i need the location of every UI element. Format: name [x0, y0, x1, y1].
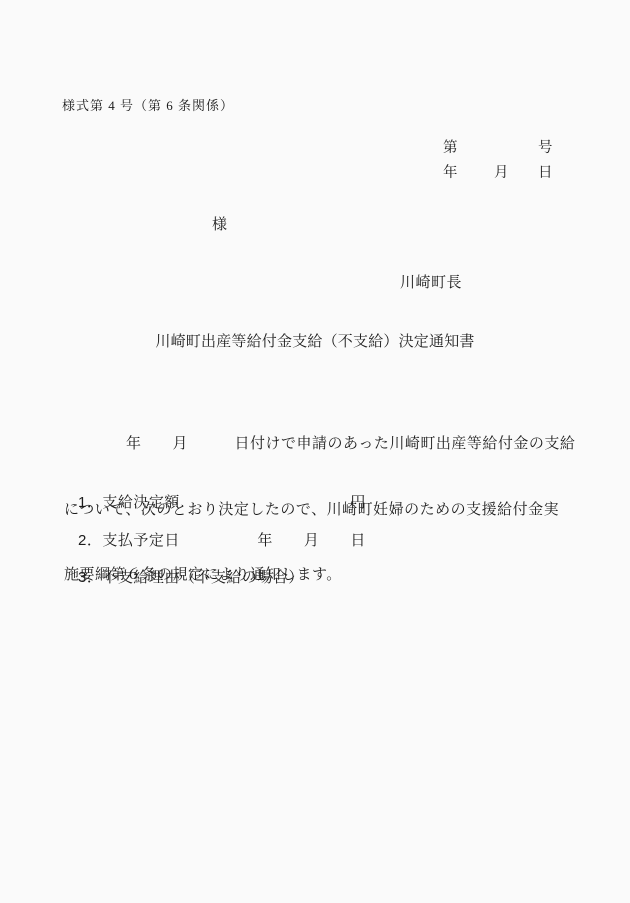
item-payment-scheduled-date: 2．支払予定日 年 月 日	[78, 529, 366, 550]
item-payment-decided-amount: 1．支給決定額 円	[78, 491, 366, 512]
document-number-suffix: 号	[538, 136, 553, 157]
document-page: 様式第 4 号（第 6 条関係） 第 号 年 月 日 様 川崎町長 川崎町出産等…	[0, 0, 630, 903]
item-non-payment-reason: 3．不支給理由（不支給の場合）	[78, 566, 304, 587]
date-month-label: 月	[494, 161, 509, 182]
form-number-label: 様式第 4 号（第 6 条関係）	[62, 95, 234, 114]
document-title: 川崎町出産等給付金支給（不支給）決定通知書	[0, 330, 630, 351]
document-number-prefix: 第	[443, 136, 458, 157]
addressee-honorific: 様	[212, 213, 227, 234]
body-line-1: 年 月 日付けで申請のあった川崎町出産等給付金の支給	[64, 433, 575, 455]
date-year-label: 年	[443, 161, 458, 182]
date-day-label: 日	[538, 161, 553, 182]
sender-title: 川崎町長	[400, 271, 462, 292]
